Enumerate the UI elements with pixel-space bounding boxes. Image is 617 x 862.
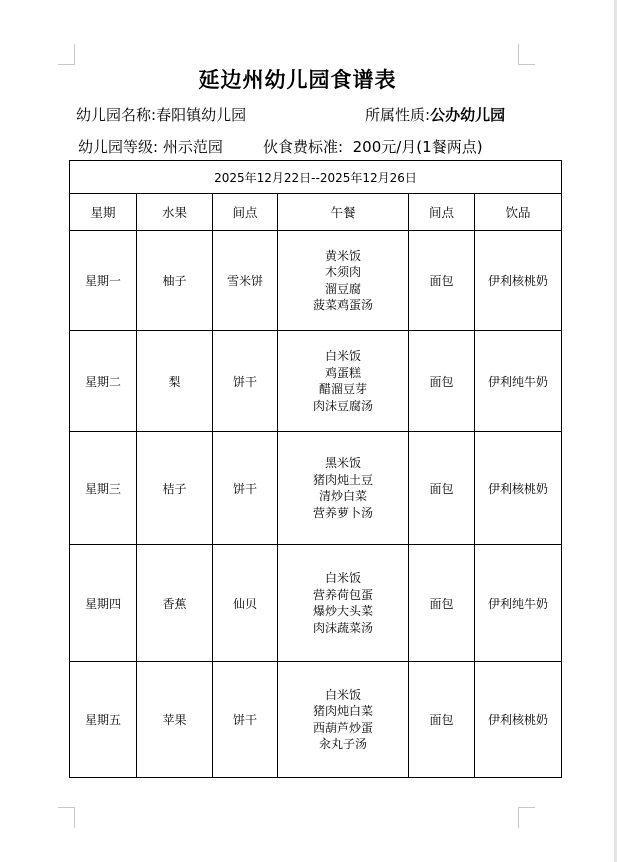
lunch-cell: 黄米饭 木须肉 溜豆腐 菠菜鸡蛋汤 (278, 231, 409, 331)
lunch-item: 猪肉炖白菜 (278, 703, 408, 720)
fee-label: 伙食费标准: (263, 138, 343, 156)
grade-line: 幼儿园等级: 州示范园 (78, 136, 223, 157)
fruit-cell: 苹果 (137, 662, 213, 778)
lunch-item: 营养萝卜汤 (278, 505, 408, 522)
snack1-cell: 饼干 (213, 662, 278, 778)
header-snack-2: 间点 (409, 194, 475, 231)
snack1-cell: 雪米饼 (213, 231, 278, 331)
lunch-item: 肉沫蔬菜汤 (278, 620, 408, 637)
snack1-cell: 仙贝 (213, 545, 278, 662)
lunch-item: 溜豆腐 (278, 281, 408, 298)
weekday-cell: 星期四 (70, 545, 137, 662)
drink-cell: 伊利核桃奶 (475, 432, 562, 545)
header-drink: 饮品 (475, 194, 562, 231)
lunch-cell: 白米饭 营养荷包蛋 爆炒大头菜 肉沫蔬菜汤 (278, 545, 409, 662)
snack2-cell: 面包 (409, 662, 475, 778)
snack1-cell: 饼干 (213, 432, 278, 545)
table-row-monday: 星期一 柚子 雪米饼 黄米饭 木须肉 溜豆腐 菠菜鸡蛋汤 面包 伊利核桃奶 (70, 231, 562, 331)
nature-label: 所属性质: (365, 106, 430, 124)
weekday-cell: 星期二 (70, 331, 137, 432)
fruit-cell: 柚子 (137, 231, 213, 331)
menu-table: 2025年12月22日--2025年12月26日 星期 水果 间点 午餐 间点 … (69, 160, 562, 778)
lunch-cell: 白米饭 鸡蛋糕 醋溜豆芽 肉沫豆腐汤 (278, 331, 409, 432)
document-title: 延边州幼儿园食谱表 (0, 64, 595, 94)
lunch-item: 醋溜豆芽 (278, 381, 408, 398)
date-range-cell: 2025年12月22日--2025年12月26日 (70, 161, 562, 194)
lunch-item: 爆炒大头菜 (278, 603, 408, 620)
header-snack-1: 间点 (213, 194, 278, 231)
table-row-friday: 星期五 苹果 饼干 白米饭 猪肉炖白菜 西葫芦炒蛋 汆丸子汤 面包 伊利核桃奶 (70, 662, 562, 778)
drink-cell: 伊利核桃奶 (475, 662, 562, 778)
lunch-cell: 黑米饭 猪肉炖土豆 清炒白菜 营养萝卜汤 (278, 432, 409, 545)
snack2-cell: 面包 (409, 545, 475, 662)
grade-value: 州示范园 (163, 138, 223, 156)
lunch-item: 西葫芦炒蛋 (278, 720, 408, 737)
header-lunch: 午餐 (278, 194, 409, 231)
kindergarten-name-line: 幼儿园名称:春阳镇幼儿园 (76, 104, 246, 125)
margin-corner-mark-bottom-right (518, 807, 535, 828)
fruit-cell: 桔子 (137, 432, 213, 545)
lunch-item: 白米饭 (278, 687, 408, 704)
snack2-cell: 面包 (409, 331, 475, 432)
margin-corner-mark-top-left (58, 44, 75, 65)
nature-line: 所属性质:公办幼儿园 (365, 104, 505, 125)
lunch-item: 菠菜鸡蛋汤 (278, 297, 408, 314)
lunch-item: 黄米饭 (278, 248, 408, 265)
lunch-item: 白米饭 (278, 348, 408, 365)
weekday-cell: 星期五 (70, 662, 137, 778)
drink-cell: 伊利核桃奶 (475, 231, 562, 331)
table-row-thursday: 星期四 香蕉 仙贝 白米饭 营养荷包蛋 爆炒大头菜 肉沫蔬菜汤 面包 伊利纯牛奶 (70, 545, 562, 662)
lunch-item: 木须肉 (278, 264, 408, 281)
drink-cell: 伊利纯牛奶 (475, 331, 562, 432)
lunch-item: 黑米饭 (278, 455, 408, 472)
snack1-cell: 饼干 (213, 331, 278, 432)
lunch-item: 鸡蛋糕 (278, 365, 408, 382)
header-fruit: 水果 (137, 194, 213, 231)
nature-value: 公办幼儿园 (430, 106, 505, 124)
fee-line: 伙食费标准: 200元/月(1餐两点) (263, 136, 483, 157)
fee-value: 200元/月(1餐两点) (353, 138, 483, 156)
weekday-cell: 星期三 (70, 432, 137, 545)
lunch-item: 猪肉炖土豆 (278, 472, 408, 489)
lunch-cell: 白米饭 猪肉炖白菜 西葫芦炒蛋 汆丸子汤 (278, 662, 409, 778)
lunch-item: 白米饭 (278, 570, 408, 587)
table-row-tuesday: 星期二 梨 饼干 白米饭 鸡蛋糕 醋溜豆芽 肉沫豆腐汤 面包 伊利纯牛奶 (70, 331, 562, 432)
snack2-cell: 面包 (409, 231, 475, 331)
kindergarten-name: 春阳镇幼儿园 (156, 106, 246, 124)
fruit-cell: 梨 (137, 331, 213, 432)
table-row-wednesday: 星期三 桔子 饼干 黑米饭 猪肉炖土豆 清炒白菜 营养萝卜汤 面包 伊利核桃奶 (70, 432, 562, 545)
lunch-item: 营养荷包蛋 (278, 587, 408, 604)
lunch-item: 肉沫豆腐汤 (278, 398, 408, 415)
snack2-cell: 面包 (409, 432, 475, 545)
lunch-item: 清炒白菜 (278, 488, 408, 505)
header-weekday: 星期 (70, 194, 137, 231)
grade-label: 幼儿园等级: (78, 138, 158, 156)
drink-cell: 伊利纯牛奶 (475, 545, 562, 662)
lunch-item: 汆丸子汤 (278, 736, 408, 753)
kindergarten-name-label: 幼儿园名称: (76, 106, 156, 124)
fruit-cell: 香蕉 (137, 545, 213, 662)
margin-corner-mark-top-right (518, 44, 535, 65)
margin-corner-mark-bottom-left (58, 807, 75, 828)
weekday-cell: 星期一 (70, 231, 137, 331)
